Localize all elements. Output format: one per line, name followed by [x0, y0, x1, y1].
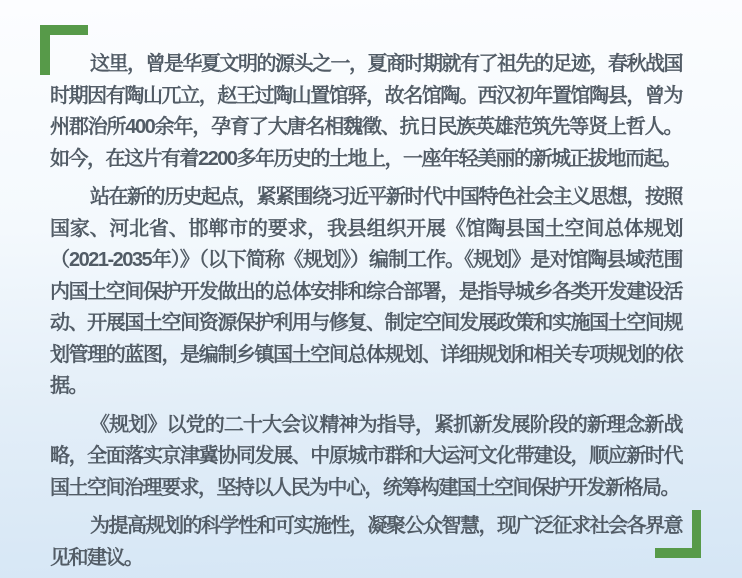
- announcement-page: 这里，曾是华夏文明的源头之一，夏商时期就有了祖先的足迹，春秋战国时期因有陶山兀立…: [0, 0, 742, 578]
- paragraph-county-history: 这里，曾是华夏文明的源头之一，夏商时期就有了祖先的足迹，春秋战国时期因有陶山兀立…: [50, 49, 682, 175]
- paragraph-public-solicitation: 为提高规划的科学性和可实施性，凝聚公众智慧，现广泛征求社会各界意见和建议。: [50, 511, 682, 574]
- paragraph-plan-guiding-principles: 《规划》以党的二十大会议精神为指导，紧抓新发展阶段的新理念新战略，全面落实京津冀…: [50, 410, 682, 505]
- announcement-text: 这里，曾是华夏文明的源头之一，夏商时期就有了祖先的足迹，春秋战国时期因有陶山兀立…: [50, 49, 682, 578]
- paragraph-plan-introduction: 站在新的历史起点，紧紧围绕习近平新时代中国特色社会主义思想，按照国家、河北省、邯…: [50, 182, 682, 403]
